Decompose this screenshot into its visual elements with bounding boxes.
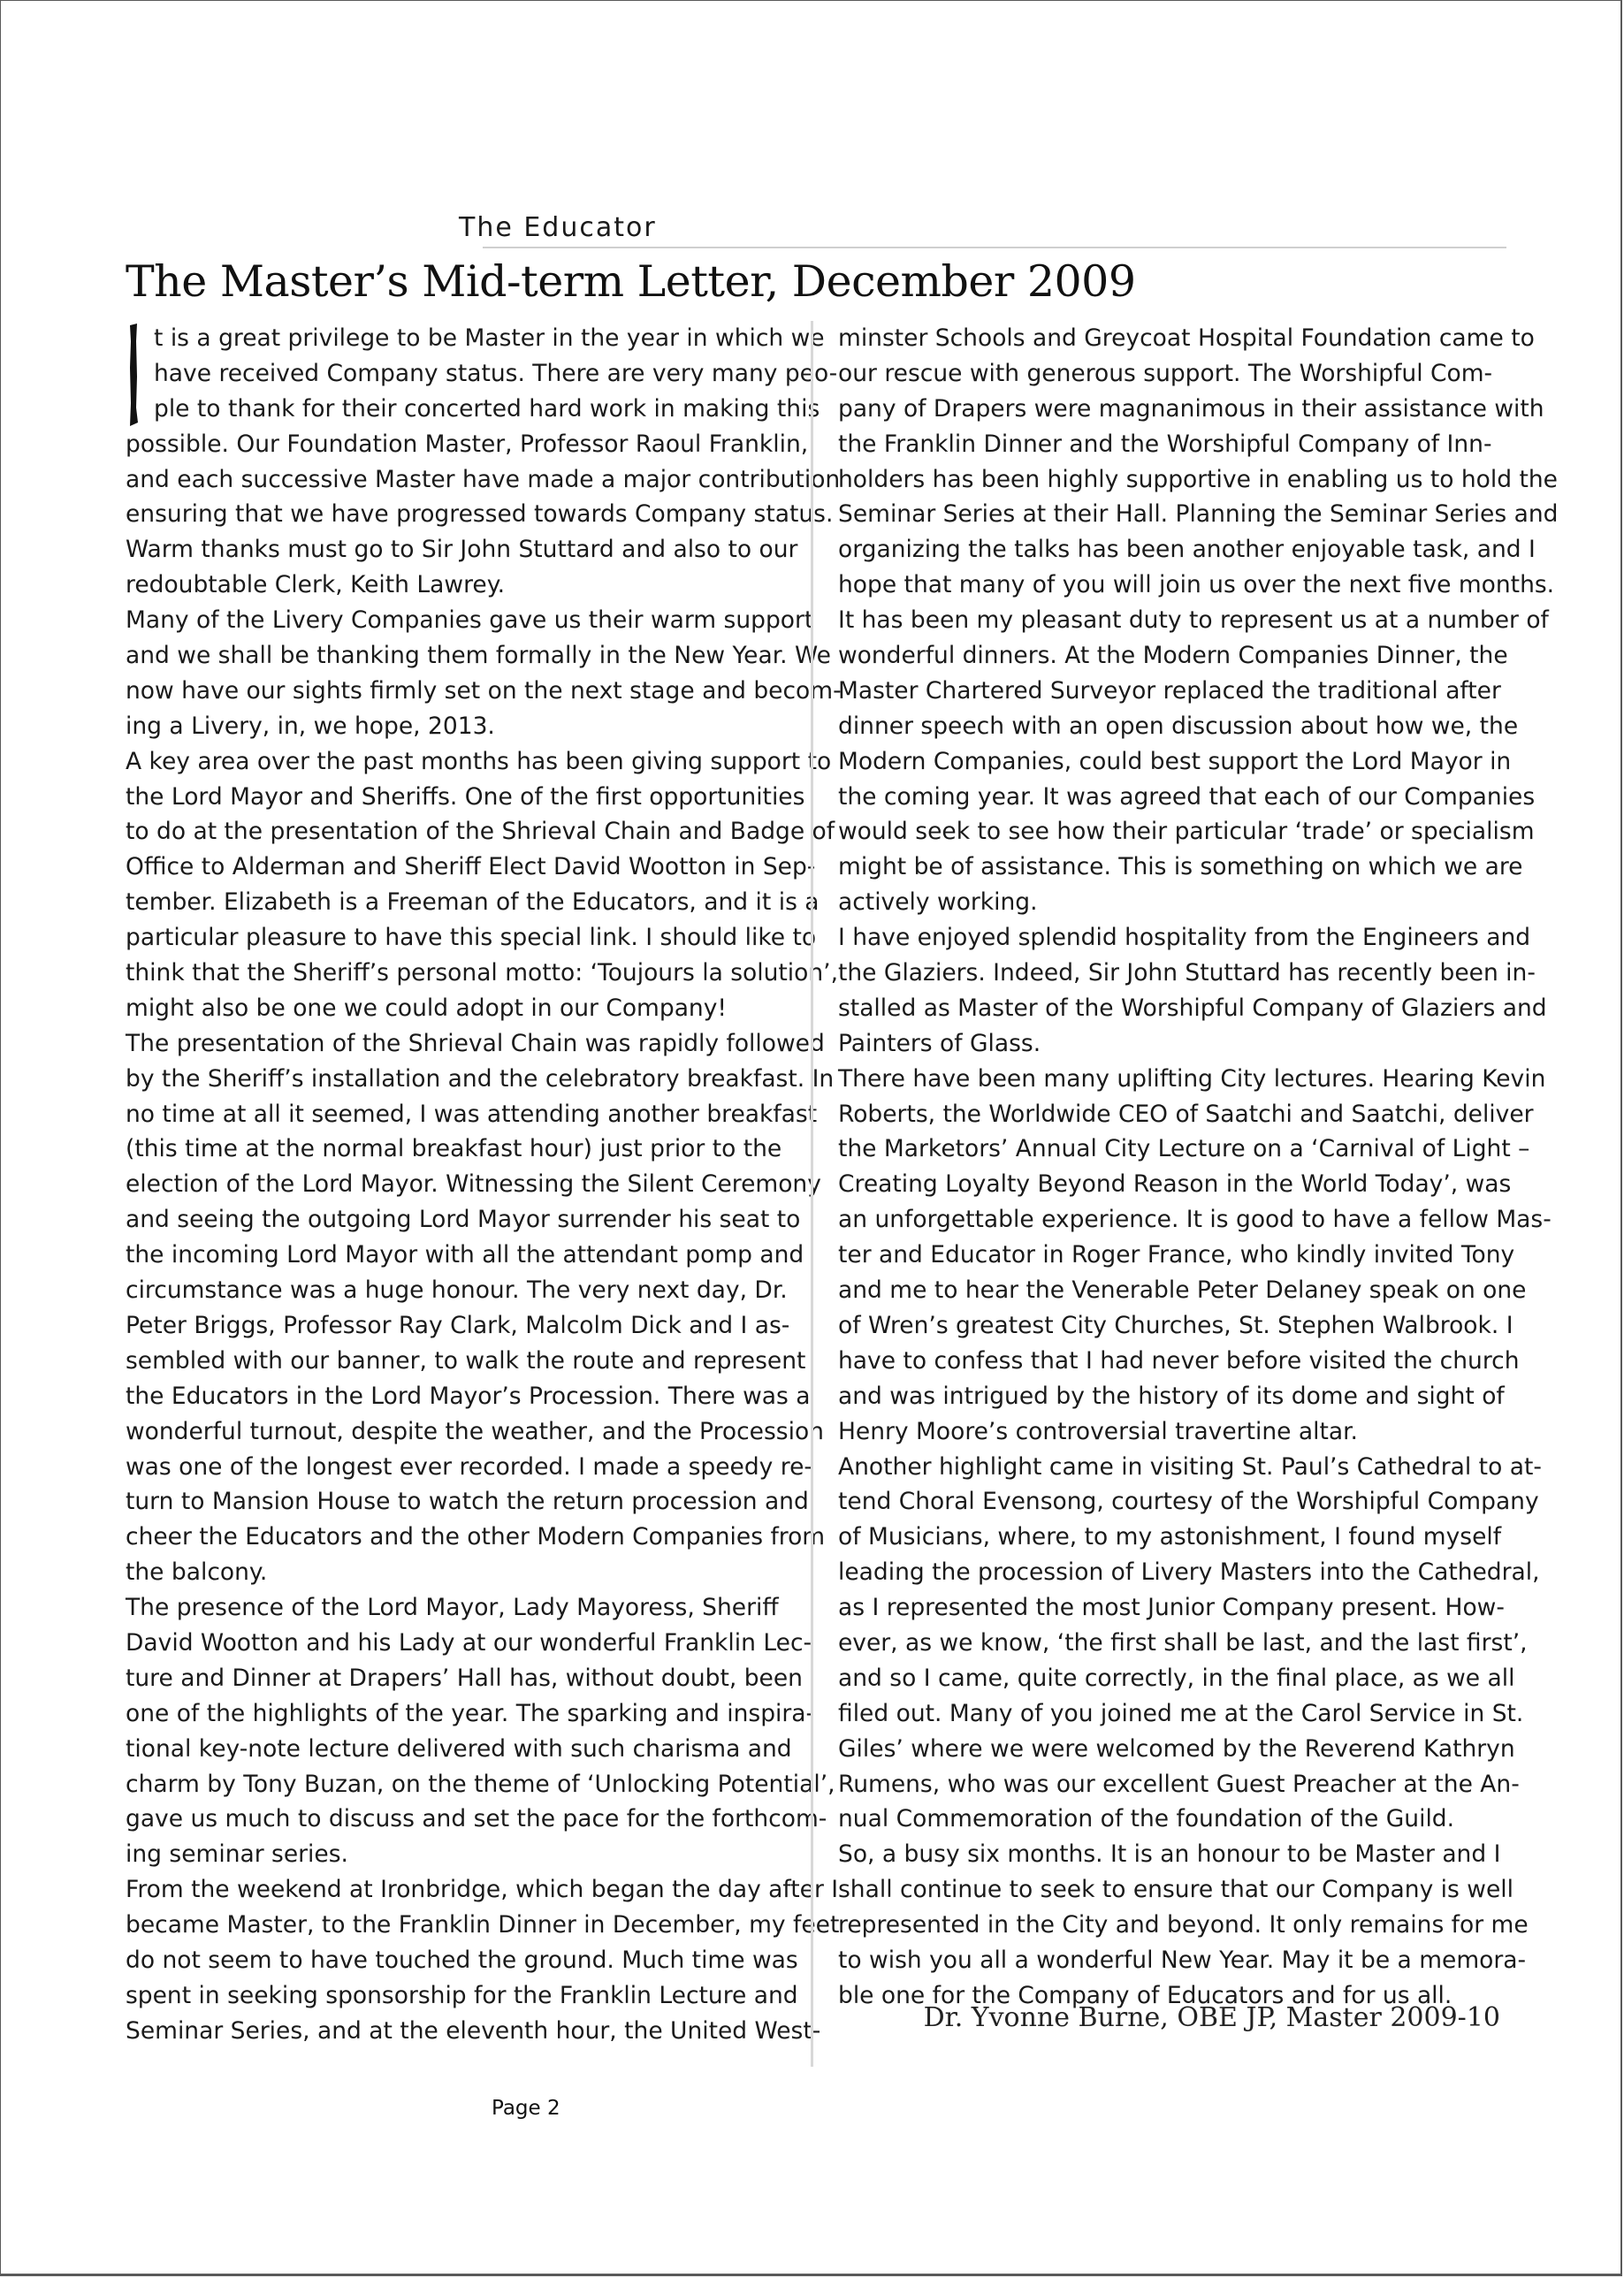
text-line: leading the procession of Livery Masters… [838,1555,1510,1590]
text-line: redoubtable Clerk, Keith Lawrey. [126,568,789,603]
text-line: the incoming Lord Mayor with all the att… [126,1238,789,1273]
text-line: Another highlight came in visiting St. P… [838,1450,1510,1485]
text-line: actively working. [838,885,1510,920]
text-line: the Lord Mayor and Sheriffs. One of the … [126,780,789,815]
text-line: spent in seeking sponsorship for the Fra… [126,1978,789,2014]
text-line: minster Schools and Greycoat Hospital Fo… [838,321,1510,356]
text-line: Creating Loyalty Beyond Reason in the Wo… [838,1167,1510,1202]
text-line: The presentation of the Shrieval Chain w… [126,1026,789,1062]
text-line: tend Choral Evensong, courtesy of the Wo… [838,1484,1510,1520]
text-line: Rumens, who was our excellent Guest Prea… [838,1767,1510,1802]
text-line: the Glaziers. Indeed, Sir John Stuttard … [838,956,1510,991]
text-line: pany of Drapers were magnanimous in thei… [838,392,1510,427]
text-line: Henry Moore’s controversial travertine a… [838,1414,1510,1450]
text-line: one of the highlights of the year. The s… [126,1696,789,1732]
text-line: organizing the talks has been another en… [838,532,1510,568]
text-line: might also be one we could adopt in our … [126,991,789,1026]
running-header-title: The Educator [459,212,657,243]
text-line: and so I came, quite correctly, in the f… [838,1661,1510,1696]
text-line: So, a busy six months. It is an honour t… [838,1837,1510,1872]
text-line: would seek to see how their particular ‘… [838,814,1510,849]
text-line: dinner speech with an open discussion ab… [838,709,1510,744]
text-line: charm by Tony Buzan, on the theme of ‘Un… [126,1767,789,1802]
text-line: of Wren’s greatest City Churches, St. St… [838,1308,1510,1344]
text-line: Warm thanks must go to Sir John Stuttard… [126,532,789,568]
text-line: wonderful dinners. At the Modern Compani… [838,638,1510,674]
text-line: shall continue to seek to ensure that ou… [838,1872,1510,1908]
text-line: particular pleasure to have this special… [126,920,789,956]
text-line: tember. Elizabeth is a Freeman of the Ed… [126,885,789,920]
text-line: ple to thank for their concerted hard wo… [126,392,789,427]
text-line: filed out. Many of you joined me at the … [838,1696,1510,1732]
text-line: turn to Mansion House to watch the retur… [126,1484,789,1520]
text-line: and we shall be thanking them formally i… [126,638,789,674]
text-line: Giles’ where we were welcomed by the Rev… [838,1732,1510,1767]
header-rule [483,247,1506,248]
text-line: Seminar Series at their Hall. Planning t… [838,497,1510,532]
text-line: wonderful turnout, despite the weather, … [126,1414,789,1450]
text-line: David Wootton and his Lady at our wonder… [126,1626,789,1661]
text-line: nual Commemoration of the foundation of … [838,1802,1510,1837]
text-line: Modern Companies, could best support the… [838,744,1510,780]
text-line: by the Sheriff’s installation and the ce… [126,1062,789,1097]
text-line: an unforgettable experience. It is good … [838,1202,1510,1238]
text-line: have received Company status. There are … [126,356,789,392]
text-line: became Master, to the Franklin Dinner in… [126,1908,789,1943]
text-line: ter and Educator in Roger France, who ki… [838,1238,1510,1273]
text-line: stalled as Master of the Worshipful Comp… [838,991,1510,1026]
text-line: (this time at the normal breakfast hour)… [126,1131,789,1167]
left-column: t is a great privilege to be Master in t… [126,321,789,2049]
text-line: ever, as we know, ‘the first shall be la… [838,1626,1510,1661]
text-line: and was intrigued by the history of its … [838,1379,1510,1414]
text-line: There have been many uplifting City lect… [838,1062,1510,1097]
text-line: I have enjoyed splendid hospitality from… [838,920,1510,956]
text-line: Painters of Glass. [838,1026,1510,1062]
text-line: Master Chartered Surveyor replaced the t… [838,674,1510,709]
article-title: The Master’s Mid-term Letter, December 2… [126,256,1136,307]
text-line: might be of assistance. This is somethin… [838,849,1510,885]
text-line: ensuring that we have progressed towards… [126,497,789,532]
text-line: sembled with our banner, to walk the rou… [126,1344,789,1379]
text-line: It has been my pleasant duty to represen… [838,603,1510,638]
text-line: A key area over the past months has been… [126,744,789,780]
text-line: ing a Livery, in, we hope, 2013. [126,709,789,744]
text-line: Roberts, the Worldwide CEO of Saatchi an… [838,1097,1510,1132]
text-line: and each successive Master have made a m… [126,462,789,498]
text-line: ture and Dinner at Drapers’ Hall has, wi… [126,1661,789,1696]
text-line: have to confess that I had never before … [838,1344,1510,1379]
text-line: possible. Our Foundation Master, Profess… [126,427,789,462]
text-line: the Franklin Dinner and the Worshipful C… [838,427,1510,462]
text-line: The presence of the Lord Mayor, Lady May… [126,1590,789,1626]
text-line: election of the Lord Mayor. Witnessing t… [126,1167,789,1202]
text-line: do not seem to have touched the ground. … [126,1943,789,1978]
text-line: Peter Briggs, Professor Ray Clark, Malco… [126,1308,789,1344]
text-line: circumstance was a huge honour. The very… [126,1273,789,1308]
text-line: our rescue with generous support. The Wo… [838,356,1510,392]
text-line: gave us much to discuss and set the pace… [126,1802,789,1837]
text-line: as I represented the most Junior Company… [838,1590,1510,1626]
text-line: holders has been highly supportive in en… [838,462,1510,498]
text-line: represented in the City and beyond. It o… [838,1908,1510,1943]
text-line: the coming year. It was agreed that each… [838,780,1510,815]
text-line: the Educators in the Lord Mayor’s Proces… [126,1379,789,1414]
text-line: tional key-note lecture delivered with s… [126,1732,789,1767]
text-line: and seeing the outgoing Lord Mayor surre… [126,1202,789,1238]
text-line: ing seminar series. [126,1837,789,1872]
text-line: no time at all it seemed, I was attendin… [126,1097,789,1132]
text-line: cheer the Educators and the other Modern… [126,1520,789,1555]
text-line: now have our sights firmly set on the ne… [126,674,789,709]
text-line: From the weekend at Ironbridge, which be… [126,1872,789,1908]
text-line: Office to Alderman and Sheriff Elect Dav… [126,849,789,885]
author-signature: Dr. Yvonne Burne, OBE JP, Master 2009-10 [924,2002,1500,2033]
page-number: Page 2 [492,2097,560,2120]
text-line: hope that many of you will join us over … [838,568,1510,603]
text-line: of Musicians, where, to my astonishment,… [838,1520,1510,1555]
text-line: the balcony. [126,1555,789,1590]
text-line: and me to hear the Venerable Peter Delan… [838,1273,1510,1308]
text-line: Seminar Series, and at the eleventh hour… [126,2014,789,2049]
text-line: to wish you all a wonderful New Year. Ma… [838,1943,1510,1978]
column-divider [811,321,813,2067]
right-column: minster Schools and Greycoat Hospital Fo… [838,321,1510,2014]
text-line: t is a great privilege to be Master in t… [126,321,789,356]
text-line: the Marketors’ Annual City Lecture on a … [838,1131,1510,1167]
text-line: think that the Sheriff’s personal motto:… [126,956,789,991]
text-line: to do at the presentation of the Shrieva… [126,814,789,849]
text-line: was one of the longest ever recorded. I … [126,1450,789,1485]
text-line: Many of the Livery Companies gave us the… [126,603,789,638]
